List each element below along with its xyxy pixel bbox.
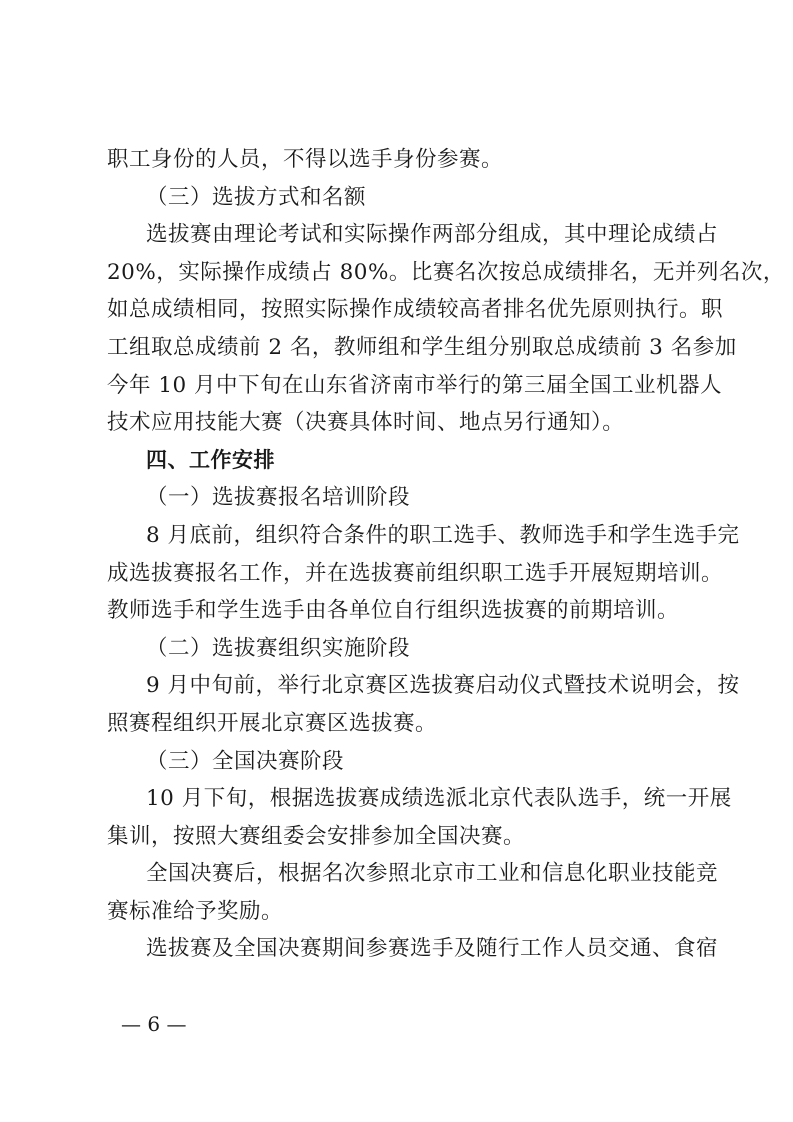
text-line: 工组取总成绩前 2 名，教师组和学生组分别取总成绩前 3 名参加: [107, 329, 693, 367]
text-line: 9 月中旬前，举行北京赛区选拔赛启动仪式暨技术说明会，按: [107, 667, 693, 705]
text-line: 技术应用技能大赛（决赛具体时间、地点另行通知）。: [107, 404, 693, 442]
text-line: 今年 10 月中下旬在山东省济南市举行的第三届全国工业机器人: [107, 367, 693, 405]
text-line: 选拔赛及全国决赛期间参赛选手及随行工作人员交通、食宿: [107, 930, 693, 968]
section-subheading-implementation: （二）选拔赛组织实施阶段: [107, 630, 693, 668]
text-line: 10 月下旬，根据选拔赛成绩选派北京代表队选手，统一开展: [107, 780, 693, 818]
text-line: 照赛程组织开展北京赛区选拔赛。: [107, 705, 693, 743]
text-line: 8 月底前，组织符合条件的职工选手、教师选手和学生选手完: [107, 517, 693, 555]
text-line: 教师选手和学生选手由各单位自行组织选拔赛的前期培训。: [107, 592, 693, 630]
section-subheading-selection-method: （三）选拔方式和名额: [107, 179, 693, 217]
text-line: 成选拔赛报名工作，并在选拔赛前组织职工选手开展短期培训。: [107, 555, 693, 593]
text-line: 赛标准给予奖励。: [107, 893, 693, 931]
text-line: 全国决赛后，根据名次参照北京市工业和信息化职业技能竞: [107, 855, 693, 893]
text-line: 如总成绩相同，按照实际操作成绩较高者排名优先原则执行。职: [107, 291, 693, 329]
text-line: 选拔赛由理论考试和实际操作两部分组成，其中理论成绩占: [107, 216, 693, 254]
text-line: 职工身份的人员，不得以选手身份参赛。: [107, 141, 693, 179]
section-subheading-registration-training: （一）选拔赛报名培训阶段: [107, 479, 693, 517]
text-line: 20%，实际操作成绩占 80%。比赛名次按总成绩排名，无并列名次，: [107, 254, 693, 292]
section-heading-work-arrangement: 四、工作安排: [107, 442, 693, 480]
page-number: — 6 —: [121, 1012, 186, 1036]
text-line: 集训，按照大赛组委会安排参加全国决赛。: [107, 818, 693, 856]
document-body: 职工身份的人员，不得以选手身份参赛。 （三）选拔方式和名额 选拔赛由理论考试和实…: [107, 141, 693, 968]
section-subheading-national-final: （三）全国决赛阶段: [107, 743, 693, 781]
